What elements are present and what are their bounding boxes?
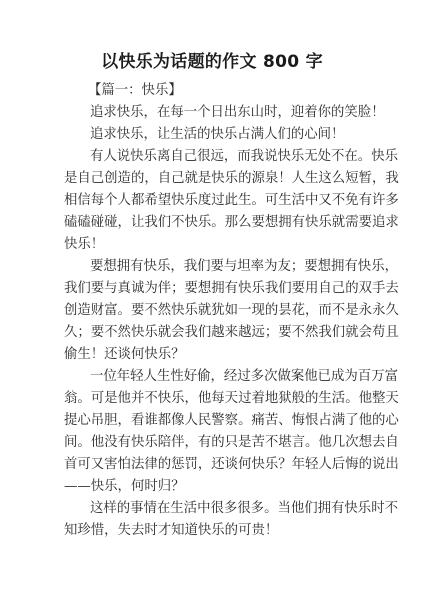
paragraph-line: 久；要不然快乐就会我们越来越远；要不然我们就会苟且 <box>64 322 364 344</box>
paragraph-3: 有人说快乐离自己很远，而我说快乐无处不在。快乐 是自己创造的，自己就是快乐的源泉… <box>64 146 364 256</box>
paragraph-line: ——快乐，何时归？ <box>64 476 364 498</box>
paragraph-line: 创造财富。要不然快乐就犹如一现的昙花，而不是永永久 <box>64 300 364 322</box>
paragraph-line: 相信每个人都希望快乐度过此生。可生活中又不免有许多 <box>64 190 364 212</box>
paragraph-line: 磕磕碰碰，让我们不快乐。那么要想拥有快乐就需要追求 <box>64 212 364 234</box>
paragraph-1: 追求快乐，在每一个日出东山时，迎着你的笑脸！ <box>64 102 364 124</box>
paragraph-line: 这样的事情在生活中很多很多。当他们拥有快乐时不 <box>64 498 364 520</box>
paragraph-line: 一位年轻人生性好偷，经过多次做案他已成为百万富 <box>64 366 364 388</box>
paragraph-line: 我们要与真诚为伴；要想拥有快乐我们要用自己的双手去 <box>64 278 364 300</box>
paragraph-line: 是自己创造的，自己就是快乐的源泉！人生这么短暂，我 <box>64 168 364 190</box>
paragraph-2: 追求快乐，让生活的快乐占满人们的心间！ <box>64 124 364 146</box>
paragraph-line: 偷生！还谈何快乐？ <box>64 344 364 366</box>
paragraph-6: 这样的事情在生活中很多很多。当他们拥有快乐时不 知珍惜，失去时才知道快乐的可贵！ <box>64 498 364 542</box>
paragraph-line: 翁。可是他并不快乐，他每天过着地狱般的生活。他整天 <box>64 388 364 410</box>
document-title: 以快乐为话题的作文 800 字 <box>0 51 424 73</box>
paragraph-5: 一位年轻人生性好偷，经过多次做案他已成为百万富 翁。可是他并不快乐，他每天过着地… <box>64 366 364 498</box>
paragraph-line: 要想拥有快乐，我们要与坦率为友；要想拥有快乐， <box>64 256 364 278</box>
section-heading: 【篇一：快乐】 <box>64 80 364 102</box>
paragraph-line: 快乐！ <box>64 234 364 256</box>
paragraph-line: 知珍惜，失去时才知道快乐的可贵！ <box>64 520 364 542</box>
paragraph-4: 要想拥有快乐，我们要与坦率为友；要想拥有快乐， 我们要与真诚为伴；要想拥有快乐我… <box>64 256 364 366</box>
paragraph-line: 间。他没有快乐陪伴，有的只是苦不堪言。他几次想去自 <box>64 432 364 454</box>
paragraph-line: 提心吊胆，看谁都像人民警察。痛苦、悔恨占满了他的心 <box>64 410 364 432</box>
paragraph-line: 追求快乐，在每一个日出东山时，迎着你的笑脸！ <box>64 102 364 124</box>
document-body: 【篇一：快乐】 追求快乐，在每一个日出东山时，迎着你的笑脸！ 追求快乐，让生活的… <box>64 80 364 542</box>
paragraph-line: 有人说快乐离自己很远，而我说快乐无处不在。快乐 <box>64 146 364 168</box>
paragraph-line: 追求快乐，让生活的快乐占满人们的心间！ <box>64 124 364 146</box>
paragraph-line: 首可又害怕法律的惩罚，还谈何快乐？年轻人后悔的说出 <box>64 454 364 476</box>
